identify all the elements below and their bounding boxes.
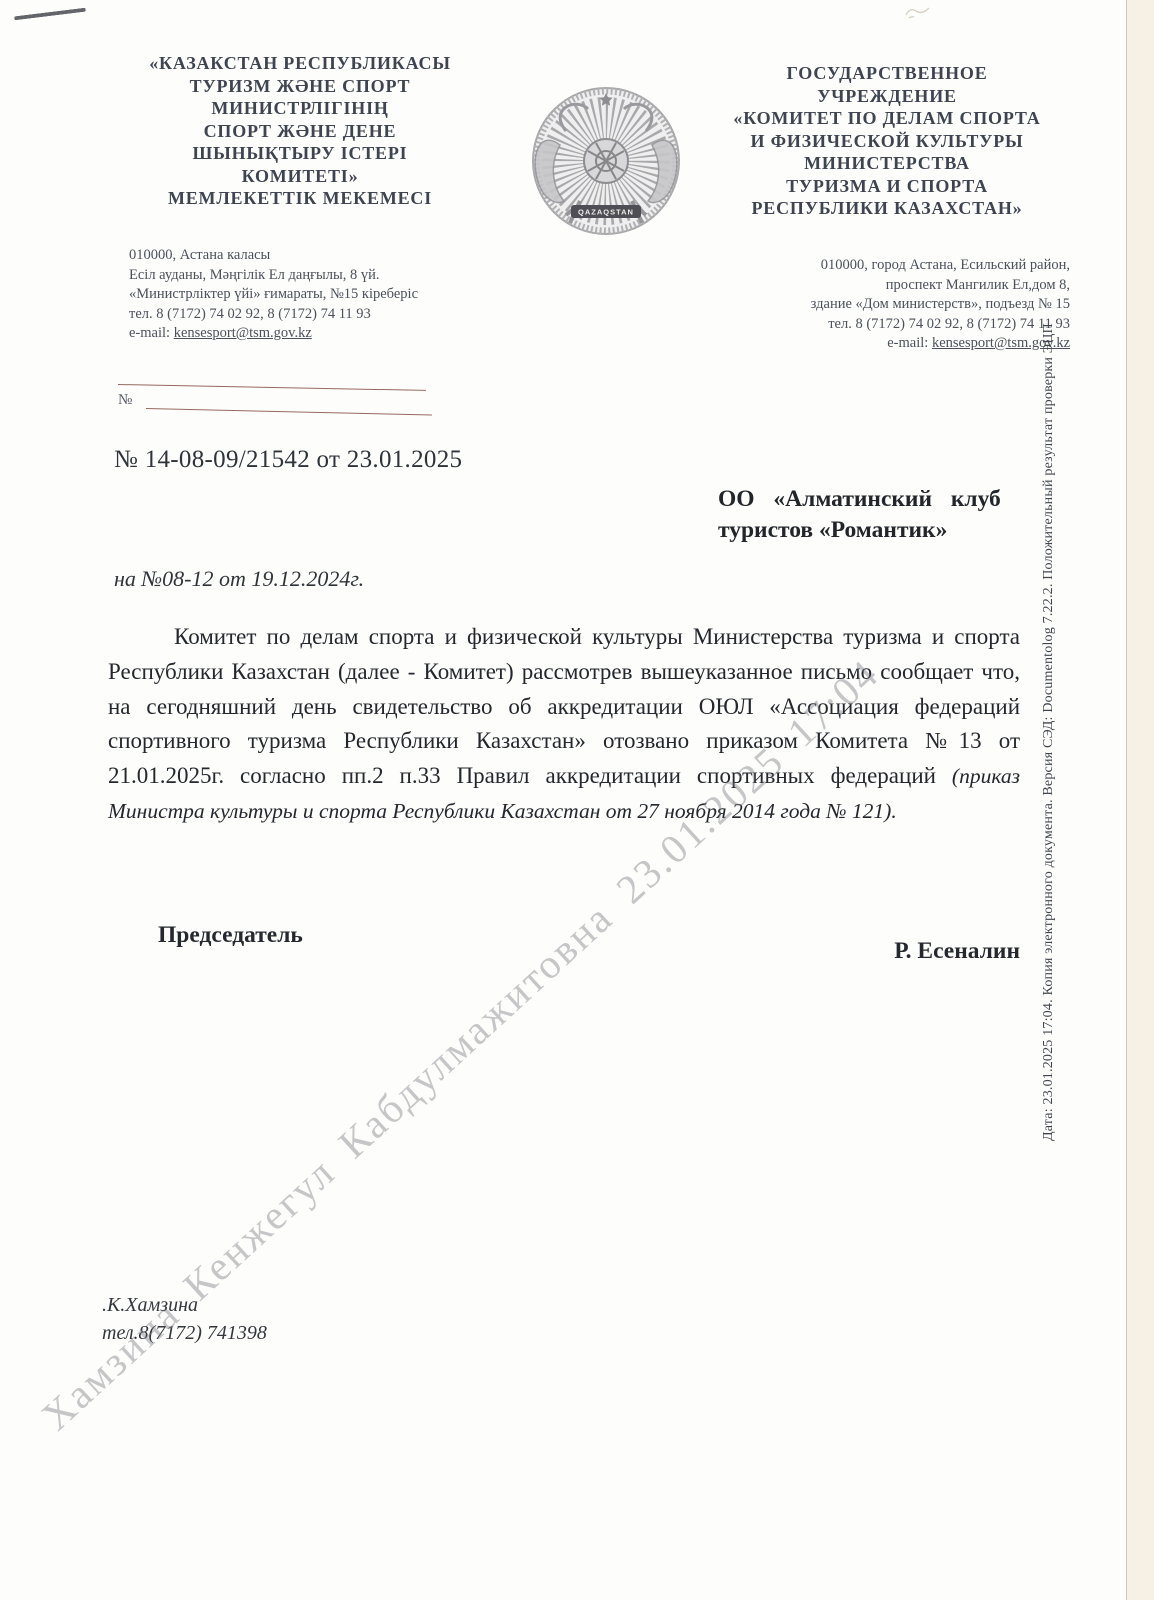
letter-body-main: Комитет по делам спорта и физической кул… (108, 624, 1020, 788)
address-block-russian: 010000, город Астана, Есильский район, п… (756, 256, 1070, 354)
document-number: № 14-08-09/21542 от 23.01.2025 (114, 446, 462, 474)
address-russian-email-line: e-mail: kensesport@tsm.gov.kz (756, 334, 1070, 354)
org-name-russian: ГОСУДАРСТВЕННОЕ УЧРЕЖДЕНИЕ «КОМИТЕТ ПО Д… (698, 62, 1076, 220)
executor-name: .К.Хамзина (102, 1292, 267, 1320)
executor-phone: тел.8(7172) 741398 (102, 1320, 267, 1348)
address-block-kazakh: 010000, Астана каласы Есіл ауданы, Мәңгі… (129, 246, 459, 344)
addressee-block: ОО «Алматинский клуб туристов «Романтик» (718, 484, 1024, 546)
address-kazakh-lines: 010000, Астана каласы Есіл ауданы, Мәңгі… (129, 246, 459, 324)
scanned-letter-page: «КАЗАКСТАН РЕСПУБЛИКАСЫ ТУРИЗМ ЖӘНЕ СПОР… (0, 0, 1154, 1600)
electronic-copy-stamp: Дата: 23.01.2025 17:04. Копия электронно… (1041, 379, 1057, 1141)
addressee-line-2: туристов «Романтик» (718, 515, 1024, 546)
letter-body: Комитет по делам спорта и физической кул… (108, 620, 1020, 829)
blank-reference-line-bottom (146, 408, 432, 415)
signer-title: Председатель (158, 922, 303, 949)
address-russian-lines: 010000, город Астана, Есильский район, п… (756, 256, 1070, 334)
kazakhstan-coat-of-arms-emblem: QAZAQSTAN (527, 82, 685, 240)
email-label: e-mail: (887, 335, 932, 351)
blank-reference-line-top (118, 384, 426, 391)
number-symbol: № (118, 392, 132, 409)
email-address: kensesport@tsm.gov.kz (174, 325, 312, 341)
pencil-mark (903, 4, 933, 20)
executor-contact: .К.Хамзина тел.8(7172) 741398 (102, 1292, 267, 1347)
scan-corner-scratch (14, 8, 86, 21)
address-kazakh-email-line: e-mail: kensesport@tsm.gov.kz (129, 324, 459, 344)
scan-edge-strip (1126, 0, 1154, 1600)
email-label: e-mail: (129, 325, 174, 341)
addressee-line-1: ОО «Алматинский клуб (718, 484, 1024, 515)
incoming-reference: на №08-12 от 19.12.2024г. (114, 566, 364, 592)
signer-name: Р. Есеналин (870, 938, 1020, 965)
svg-text:QAZAQSTAN: QAZAQSTAN (578, 208, 634, 217)
org-name-kazakh: «КАЗАКСТАН РЕСПУБЛИКАСЫ ТУРИЗМ ЖӘНЕ СПОР… (112, 52, 488, 210)
